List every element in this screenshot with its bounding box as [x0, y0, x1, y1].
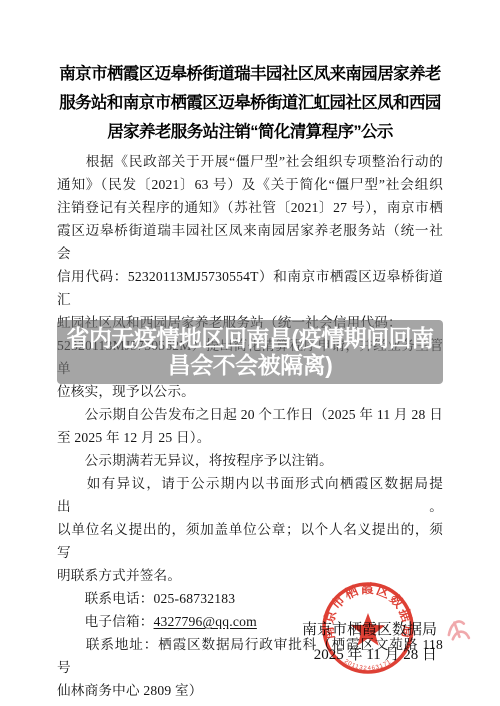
- seal-star-icon: [351, 613, 385, 646]
- title-line-1: 南京市栖霞区迈皋桥街道瑞丰园社区凤来南园居家养老: [57, 60, 443, 89]
- body-line: 至 2025 年 12 月 25 日）。: [57, 426, 443, 449]
- overlay-caption-band: 省内无疫情地区回南昌(疫情期间回南 昌会不会被隔离): [57, 320, 443, 384]
- body-line: 公示期满若无异议，将按程序予以注销。: [57, 449, 443, 472]
- contact-address-line: 仙林商务中心 2809 室）: [57, 679, 443, 702]
- official-seal: 南京市栖霞区数据局 201132463171: [318, 578, 418, 678]
- body-line: 根据《民政部关于开展“僵尸型”社会组织专项整治行动的: [57, 150, 443, 173]
- body-line: 霞区迈皋桥街道瑞丰园社区凤来南园居家养老服务站（统一社会: [57, 219, 443, 265]
- email-link[interactable]: 4327796@qq.com: [154, 614, 257, 629]
- announcement-page: 南京市栖霞区迈皋桥街道瑞丰园社区凤来南园居家养老 服务站和南京市栖霞区迈皋桥街道…: [0, 0, 500, 706]
- body-line: 信用代码：52320113MJ5730554T）和南京市栖霞区迈皋桥街道汇: [57, 265, 443, 311]
- stray-ink-mark: [441, 610, 475, 649]
- overlay-caption-line-1: 省内无疫情地区回南昌(疫情期间回南: [66, 325, 433, 353]
- overlay-caption-line-2: 昌会不会被隔离): [168, 352, 333, 380]
- body-line: 以单位名义提出的，须加盖单位公章；以个人名义提出的，须写: [57, 518, 443, 564]
- title-line-3: 居家养老服务站注销“简化清算程序”公示: [57, 118, 443, 147]
- body-line: 公示期自公告发布之日起 20 个工作日（2025 年 11 月 28 日: [57, 403, 443, 426]
- body-line: 如有异议，请于公示期内以书面形式向栖霞区数据局提出。: [57, 472, 443, 518]
- email-label: 电子信箱：: [57, 614, 154, 629]
- title-line-2: 服务站和南京市栖霞区迈皋桥街道汇虹园社区凤和西园: [57, 89, 443, 118]
- body-line: 注销登记有关程序的通知》（苏社管〔2021〕27 号），南京市栖: [57, 196, 443, 219]
- page-title: 南京市栖霞区迈皋桥街道瑞丰园社区凤来南园居家养老 服务站和南京市栖霞区迈皋桥街道…: [57, 60, 443, 147]
- body-line: 通知》（民发〔2021〕63 号）及《关于简化“僵尸型”社会组织: [57, 173, 443, 196]
